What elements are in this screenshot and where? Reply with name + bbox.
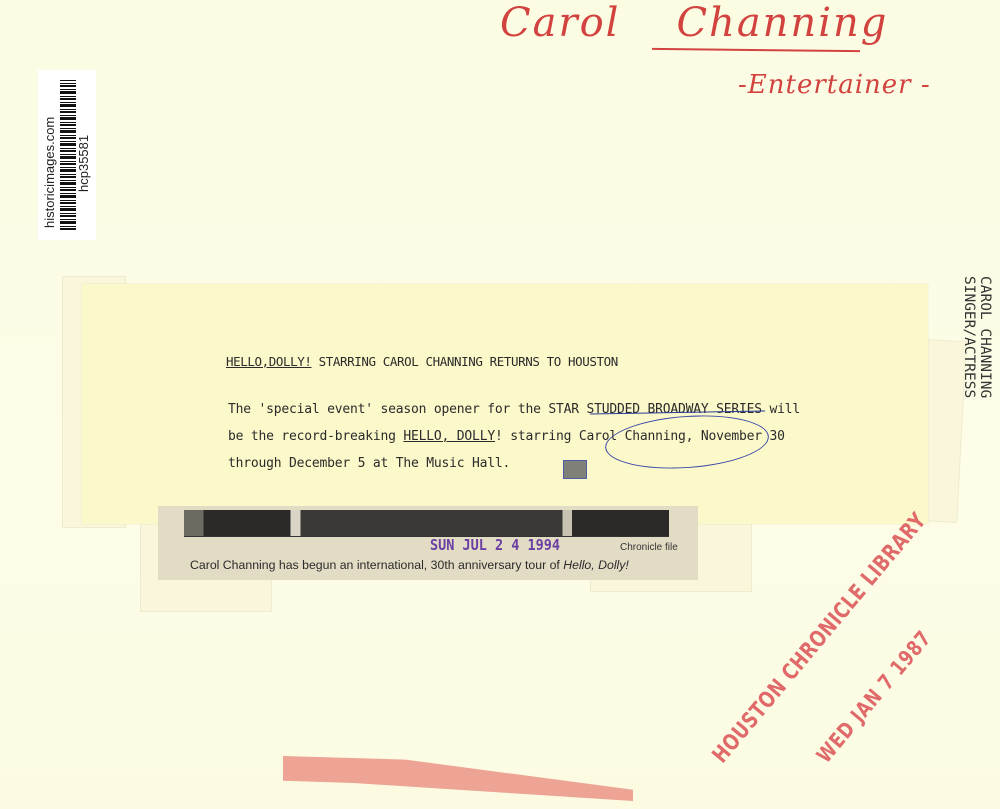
handwritten-role: -Entertainer - [738, 70, 931, 100]
clipping-date-stamp: SUN JUL 2 4 1994 [430, 536, 560, 554]
barcode-site-text: historicimages.com [42, 117, 57, 228]
press-release-line-3: through December 5 at The Music Hall. [228, 456, 510, 471]
pink-paper-remnant [283, 756, 633, 801]
side-label-name: CAROL CHANNING [977, 276, 993, 446]
clipping-photo-strip [184, 510, 669, 536]
caption-show-title: Hello, Dolly! [563, 558, 629, 572]
barcode-id-text: hcp35581 [76, 135, 91, 192]
press-release-sheet: HELLO,DOLLY! STARRING CAROL CHANNING RET… [82, 284, 928, 524]
clipping-rule [184, 536, 669, 537]
barcode-sticker: historicimages.com hcp35581 [38, 70, 96, 240]
clipping-photo-credit: Chronicle file [620, 542, 678, 553]
line2-lead: be the record-breaking [228, 429, 403, 444]
clipping-caption: Carol Channing has begun an internationa… [190, 558, 629, 572]
barcode-icon [60, 80, 76, 230]
pen-circle-mark [603, 410, 770, 473]
caption-text: Carol Channing has begun an internationa… [190, 558, 563, 572]
newspaper-clipping: SUN JUL 2 4 1994 Chronicle file Carol Ch… [158, 506, 698, 580]
handwritten-last-name: Channing [676, 0, 888, 46]
ink-blot-mark [563, 460, 587, 479]
handwritten-underline [652, 48, 860, 52]
handwritten-first-name: Carol [500, 0, 620, 46]
side-label-role: SINGER/ACTRESS [961, 276, 977, 446]
handwritten-name: CarolChanning [500, 0, 888, 46]
library-stamp-date: WED JAN 7 1987 [812, 626, 936, 767]
photo-back-page: CarolChanning -Entertainer - historicima… [0, 0, 1000, 809]
line2-show-title: HELLO, DOLLY [403, 429, 495, 444]
headline-show-title: HELLO,DOLLY! [226, 354, 312, 369]
press-release-headline: HELLO,DOLLY! STARRING CAROL CHANNING RET… [226, 354, 618, 369]
side-caption-label: CAROL CHANNING SINGER/ACTRESS [955, 276, 995, 446]
headline-text: STARRING CAROL CHANNING RETURNS TO HOUST… [312, 354, 618, 369]
